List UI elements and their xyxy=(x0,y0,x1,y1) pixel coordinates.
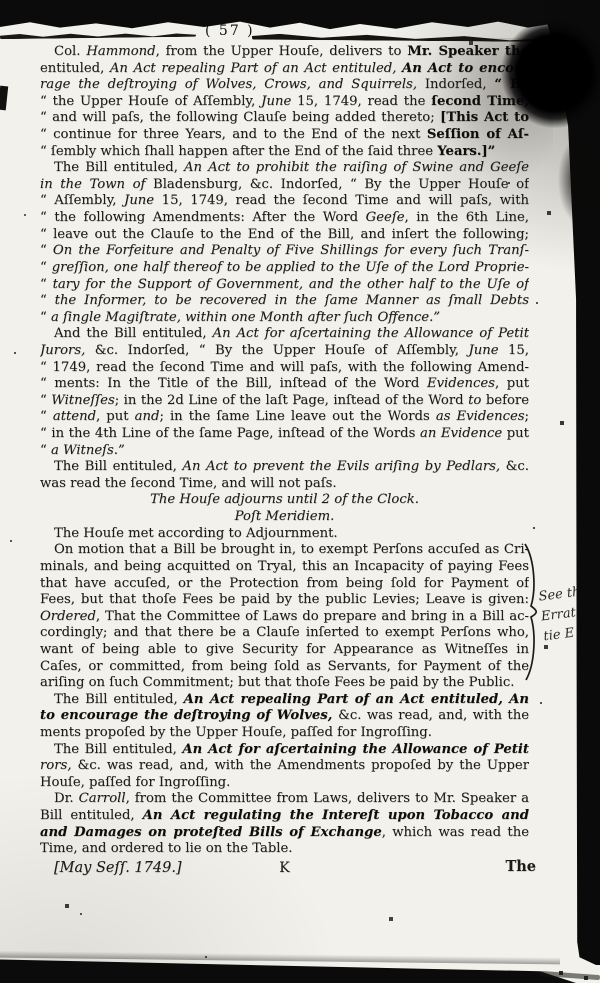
text-line: minals, and being acquitted on Tryal, th… xyxy=(40,559,529,576)
text-line: Caſes, or committed, from being ſold as … xyxy=(40,659,529,676)
text-line: entituled, An Act repealing Part of an A… xyxy=(40,61,529,78)
text-line: “ the following Amendments: After the Wo… xyxy=(40,210,529,227)
text-line: rage the deſtroying of Wolves, Crows, an… xyxy=(40,77,529,94)
text-line: rors, &c. was read, and, with the Amendm… xyxy=(40,758,529,775)
text-line: Ordered, That the Committee of Laws do p… xyxy=(40,609,529,626)
catchword: The xyxy=(505,858,536,875)
text-line: The Bill entituled, An Act to prohibit t… xyxy=(40,160,529,177)
session-label: [May Seſſ. 1749.] xyxy=(54,860,182,876)
paragraph: The Bill entituled, An Act to prohibit t… xyxy=(40,160,529,326)
text-line: Dr. Carroll, from the Committee from Law… xyxy=(40,791,529,808)
text-line: The Houſe adjourns until 2 of the Clock. xyxy=(40,492,529,509)
text-line: The Bill entituled, An Act for aſcertain… xyxy=(40,742,529,759)
scanned-book-page: Col. Hammond, from the Upper Houſe, deli… xyxy=(0,0,600,983)
text-line: “ a ſingle Magiſtrate, within one Month … xyxy=(40,310,529,327)
text-line: “ greſſion, one half thereof to be appli… xyxy=(40,260,529,277)
text-line: “ Witneſſes; in the 2d Line of the laſt … xyxy=(40,393,529,410)
text-line: “ ſembly which ſhall happen after the En… xyxy=(40,144,529,161)
paragraph: Col. Hammond, from the Upper Houſe, deli… xyxy=(40,44,529,160)
text-line: that have accuſed, or the Protection fro… xyxy=(40,576,529,593)
text-line: On motion that a Bill be brought in, to … xyxy=(40,542,529,559)
scan-left-mark xyxy=(0,86,8,111)
text-line: “ Aſſembly, June 15, 1749, read the ſeco… xyxy=(40,193,529,210)
text-line: The Houſe met according to Adjournment. xyxy=(40,526,529,543)
text-line: And the Bill entituled, An Act for aſcer… xyxy=(40,326,529,343)
centered-lines: The Houſe adjourns until 2 of the Clock.… xyxy=(40,492,529,525)
torn-rule-left xyxy=(0,32,196,39)
paragraph: The Bill entituled, An Act to prevent th… xyxy=(40,459,529,492)
signature-mark: K xyxy=(279,860,289,876)
text-line: “ continue for three Years, and to the E… xyxy=(40,127,529,144)
text-line: “ the Informer, to be recovered in the ſ… xyxy=(40,293,529,310)
text-line: “ attend, put and; in the ſame Line leav… xyxy=(40,409,529,426)
text-line: Poſt Meridiem. xyxy=(40,509,529,526)
text-line: “ ments: In the Title of the Bill, inſte… xyxy=(40,376,529,393)
text-line: in the Town of Bladensburg, &c. Indorſed… xyxy=(40,177,529,194)
text-line: “ 1749, read the ſecond Time and will pa… xyxy=(40,360,529,377)
text-line: Col. Hammond, from the Upper Houſe, deli… xyxy=(40,44,529,61)
page-footer: [May Seſſ. 1749.] K The xyxy=(40,860,529,882)
text-line: was read the ſecond Time, and will not p… xyxy=(40,476,529,493)
text-line: The Bill entituled, An Act repealing Par… xyxy=(40,692,529,709)
text-line: “ and will paſs, the following Clauſe be… xyxy=(40,110,529,127)
text-line: Fees, but that thoſe Fees be paid by the… xyxy=(40,592,529,609)
paragraph: Dr. Carroll, from the Committee from Law… xyxy=(40,791,529,857)
text-line: Houſe, paſſed for Ingroſſing. xyxy=(40,775,529,792)
text-line: The Bill entituled, An Act to prevent th… xyxy=(40,459,529,476)
text-line: “ in the 4th Line of the ſame Page, inſt… xyxy=(40,426,529,443)
text-line: to encourage the deſtroying of Wolves, &… xyxy=(40,708,529,725)
text-line: Bill entituled, An Act regulating the In… xyxy=(40,808,529,825)
text-column: Col. Hammond, from the Upper Houſe, deli… xyxy=(40,44,529,858)
text-line: “ tary for the Support of Government, an… xyxy=(40,277,529,294)
paragraph: And the Bill entituled, An Act for aſcer… xyxy=(40,326,529,459)
text-line: cordingly; and that there be a Clauſe in… xyxy=(40,625,529,642)
text-line: Jurors, &c. Indorſed, “ By the Upper Hou… xyxy=(40,343,529,360)
text-line: “ the Upper Houſe of Aſſembly, June 15, … xyxy=(40,94,529,111)
scan-corner-blotch-fade xyxy=(542,128,600,258)
paragraph: The Bill entituled, An Act repealing Par… xyxy=(40,692,529,742)
text-line: Time, and ordered to lie on the Table. xyxy=(40,841,529,858)
text-line: “ leave out the Clauſe to the End of the… xyxy=(40,227,529,244)
text-line: “ On the Forfeiture and Penalty of Five … xyxy=(40,243,529,260)
paragraph: On motion that a Bill be brought in, to … xyxy=(40,542,529,691)
text-line: and Damages on proteſted Bills of Exchan… xyxy=(40,825,529,842)
margin-brace xyxy=(523,542,539,682)
paragraph: The Houſe met according to Adjournment. xyxy=(40,526,529,543)
paragraph: The Bill entituled, An Act for aſcertain… xyxy=(40,742,529,792)
text-line: ariſing on ſuch Commitment; but that tho… xyxy=(40,675,529,692)
text-line: “ a Witneſs.” xyxy=(40,443,529,460)
text-line: want of being able to give Security for … xyxy=(40,642,529,659)
text-line: ments propoſed by the Upper Houſe, paſſe… xyxy=(40,725,529,742)
